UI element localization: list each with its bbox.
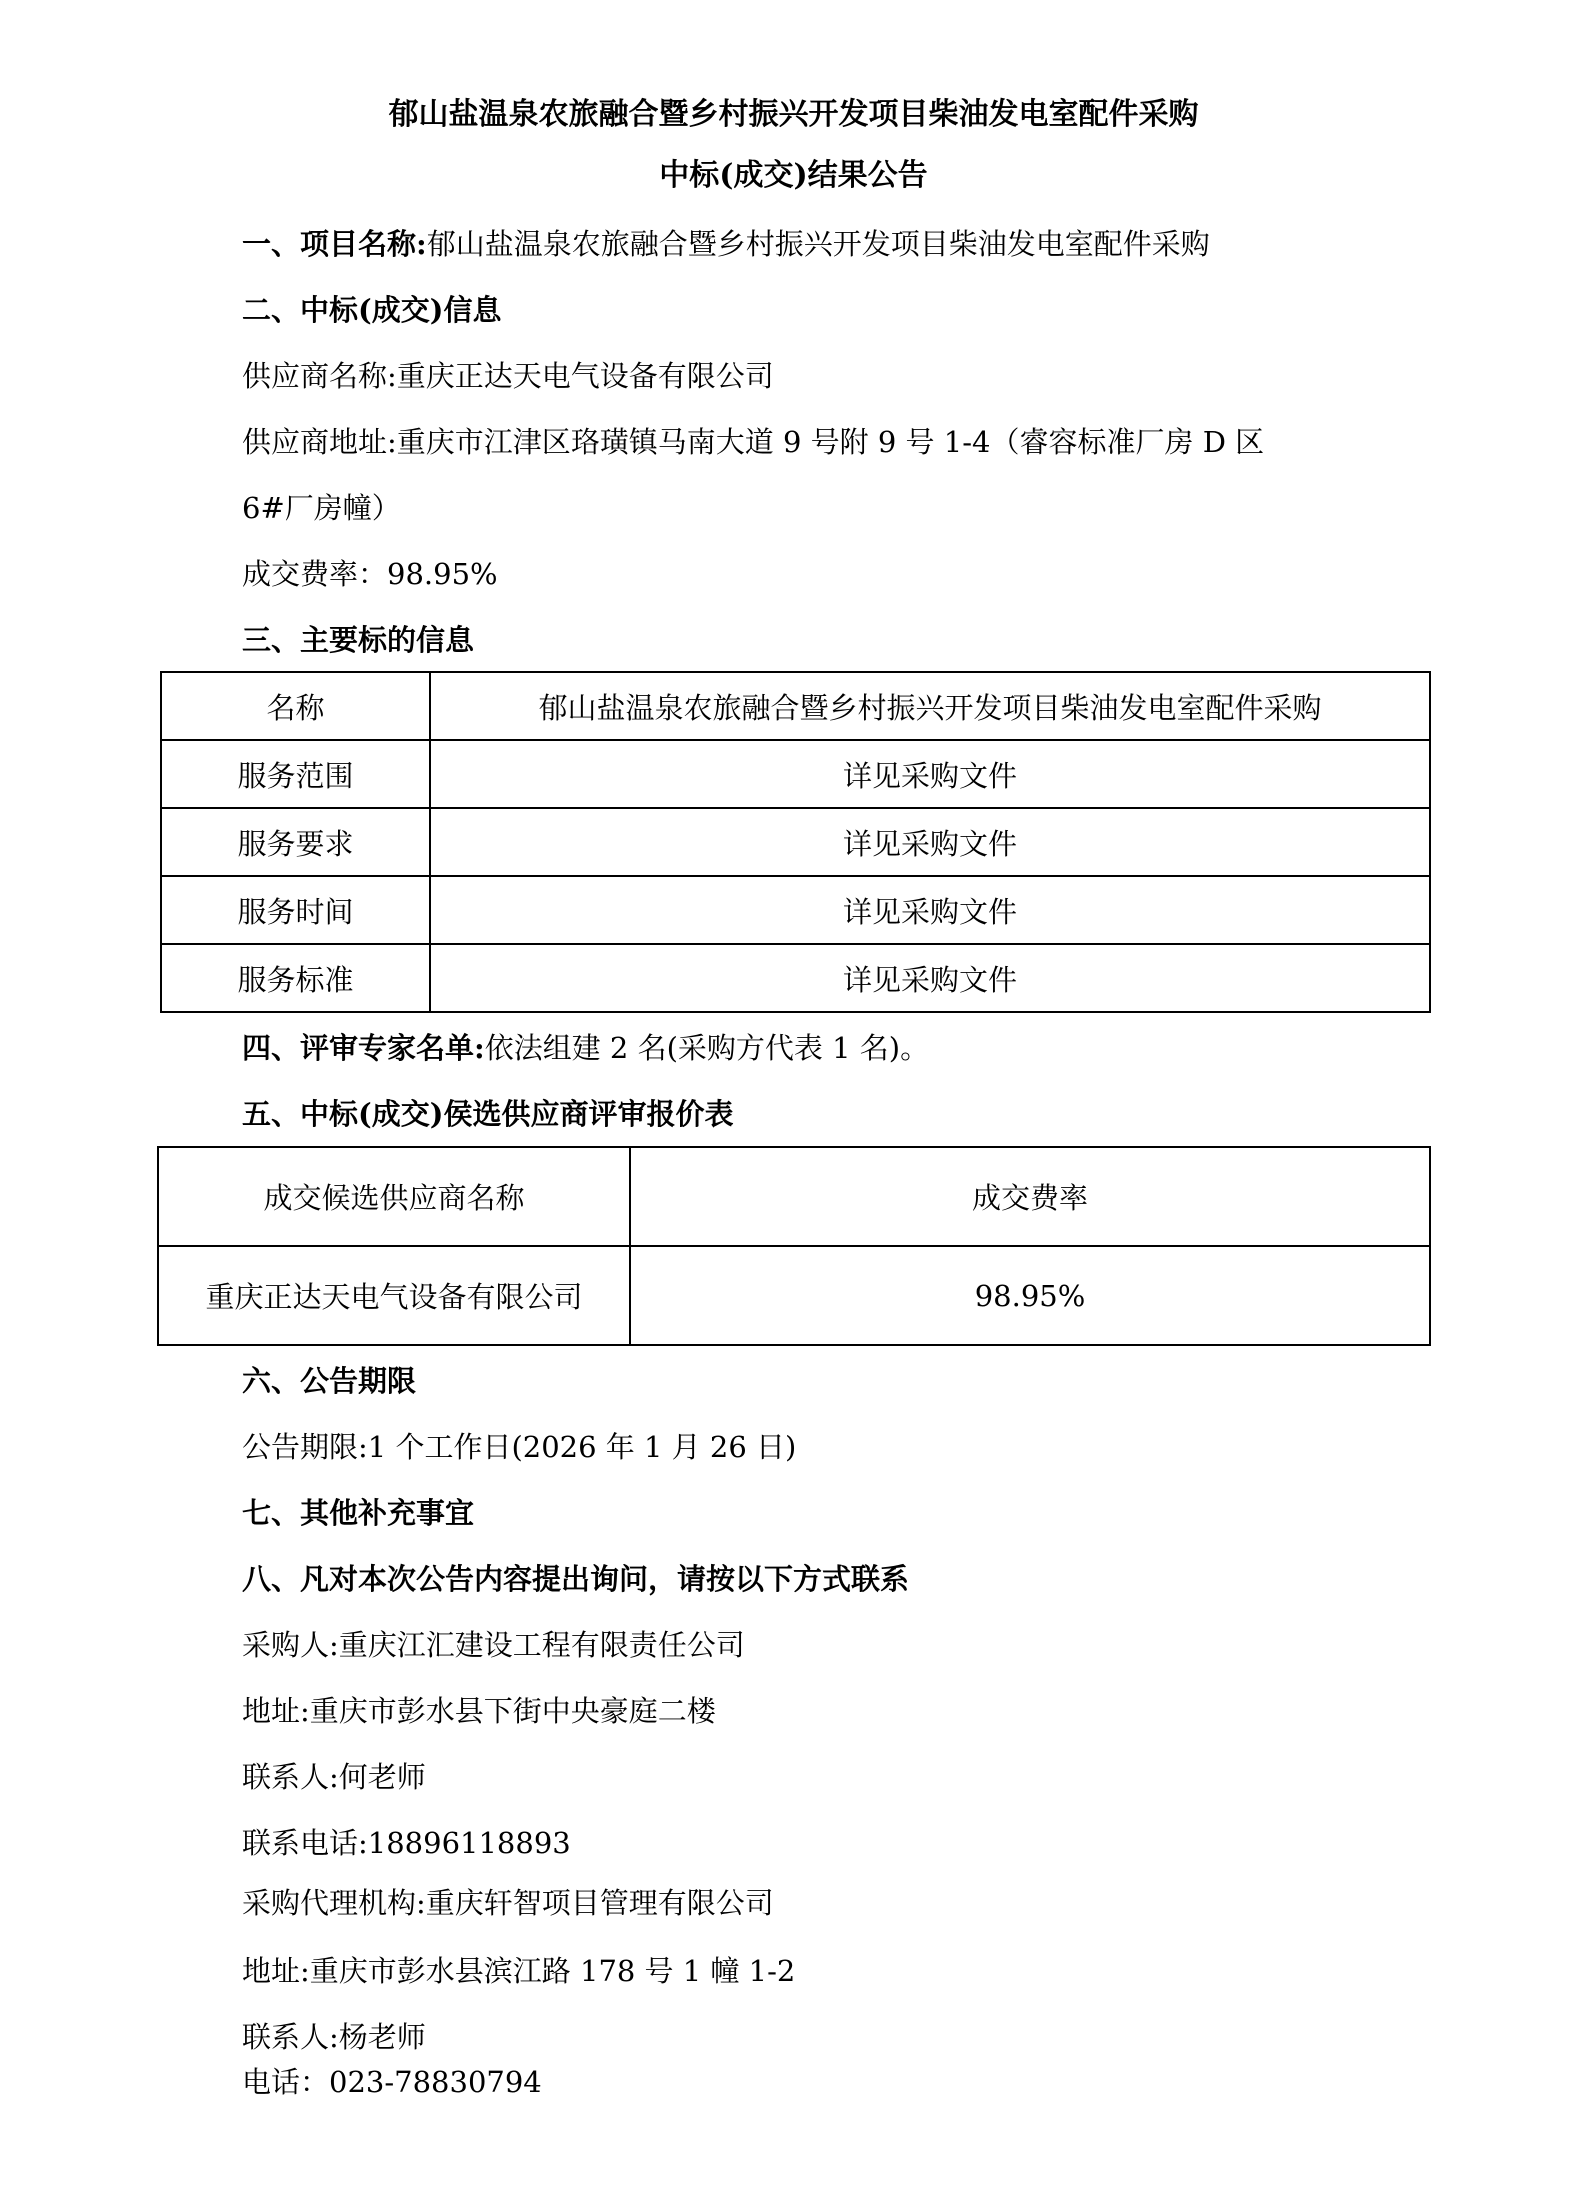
cell-supplier-name: 重庆正达天电气设备有限公司: [158, 1246, 630, 1345]
table-row: 服务要求 详见采购文件: [161, 808, 1430, 876]
section5-heading: 五、中标(成交)侯选供应商评审报价表: [242, 1096, 733, 1132]
bid-evaluation-table: 成交候选供应商名称 成交费率 重庆正达天电气设备有限公司 98.95%: [157, 1146, 1431, 1346]
purchaser-address: 地址:重庆市彭水县下街中央豪庭二楼: [242, 1693, 716, 1729]
row-value: 详见采购文件: [430, 876, 1430, 944]
row-value: 详见采购文件: [430, 740, 1430, 808]
section1-project-name: 一、项目名称:郁山盐温泉农旅融合暨乡村振兴开发项目柴油发电室配件采购: [242, 226, 1210, 262]
section7-heading: 七、其他补充事宜: [242, 1495, 474, 1531]
cell-rate: 98.95%: [630, 1246, 1430, 1345]
section8-heading: 八、凡对本次公告内容提出询问，请按以下方式联系: [242, 1561, 909, 1597]
row-label: 服务标准: [161, 944, 430, 1012]
section3-heading: 三、主要标的信息: [242, 622, 474, 658]
announcement-period: 公告期限:1 个工作日(2026 年 1 月 26 日): [242, 1429, 796, 1465]
section4-experts: 四、评审专家名单:依法组建 2 名(采购方代表 1 名)。: [242, 1030, 929, 1066]
section6-heading: 六、公告期限: [242, 1363, 416, 1399]
supplier-address-value-line1: 重庆市江津区珞璜镇马南大道 9 号附 9 号 1-4（睿容标准厂房 D 区: [397, 425, 1264, 459]
table-header-row: 成交候选供应商名称 成交费率: [158, 1147, 1430, 1246]
agency-phone: 电话：023-78830794: [242, 2064, 542, 2100]
row-value: 详见采购文件: [430, 944, 1430, 1012]
table-row: 服务时间 详见采购文件: [161, 876, 1430, 944]
row-value: 郁山盐温泉农旅融合暨乡村振兴开发项目柴油发电室配件采购: [430, 672, 1430, 740]
supplier-address-line2: 6#厂房幢）: [242, 490, 401, 526]
supplier-address: 供应商地址:重庆市江津区珞璜镇马南大道 9 号附 9 号 1-4（睿容标准厂房 …: [242, 424, 1264, 460]
document-title-line1: 郁山盐温泉农旅融合暨乡村振兴开发项目柴油发电室配件采购: [0, 96, 1587, 134]
table-row: 名称 郁山盐温泉农旅融合暨乡村振兴开发项目柴油发电室配件采购: [161, 672, 1430, 740]
header-rate: 成交费率: [630, 1147, 1430, 1246]
section1-heading: 一、项目名称:: [242, 227, 427, 261]
supplier-name-value: 重庆正达天电气设备有限公司: [397, 359, 774, 393]
section4-heading: 四、评审专家名单:: [242, 1031, 485, 1065]
row-value: 详见采购文件: [430, 808, 1430, 876]
table-row: 服务范围 详见采购文件: [161, 740, 1430, 808]
rate-label: 成交费率：: [242, 557, 387, 591]
table-row: 重庆正达天电气设备有限公司 98.95%: [158, 1246, 1430, 1345]
experts-value: 依法组建 2 名(采购方代表 1 名)。: [485, 1031, 929, 1065]
agency-address: 地址:重庆市彭水县滨江路 178 号 1 幢 1-2: [242, 1953, 795, 1989]
supplier-name-label: 供应商名称:: [242, 359, 397, 393]
rate-value: 98.95%: [387, 557, 498, 591]
row-label: 服务要求: [161, 808, 430, 876]
document-title-line2: 中标(成交)结果公告: [0, 157, 1587, 195]
supplier-address-label: 供应商地址:: [242, 425, 397, 459]
section2-heading: 二、中标(成交)信息: [242, 292, 501, 328]
agency-contact: 联系人:杨老师: [242, 2019, 426, 2055]
agency: 采购代理机构:重庆轩智项目管理有限公司: [242, 1885, 774, 1921]
subject-info-table: 名称 郁山盐温泉农旅融合暨乡村振兴开发项目柴油发电室配件采购 服务范围 详见采购…: [160, 671, 1431, 1013]
project-name-value: 郁山盐温泉农旅融合暨乡村振兴开发项目柴油发电室配件采购: [427, 227, 1210, 261]
supplier-name: 供应商名称:重庆正达天电气设备有限公司: [242, 358, 774, 394]
row-label: 服务范围: [161, 740, 430, 808]
purchaser-contact: 联系人:何老师: [242, 1759, 426, 1795]
purchaser: 采购人:重庆江汇建设工程有限责任公司: [242, 1627, 745, 1663]
purchaser-phone: 联系电话:18896118893: [242, 1825, 571, 1861]
row-label: 名称: [161, 672, 430, 740]
row-label: 服务时间: [161, 876, 430, 944]
transaction-rate: 成交费率：98.95%: [242, 556, 498, 592]
table-row: 服务标准 详见采购文件: [161, 944, 1430, 1012]
header-supplier-name: 成交候选供应商名称: [158, 1147, 630, 1246]
